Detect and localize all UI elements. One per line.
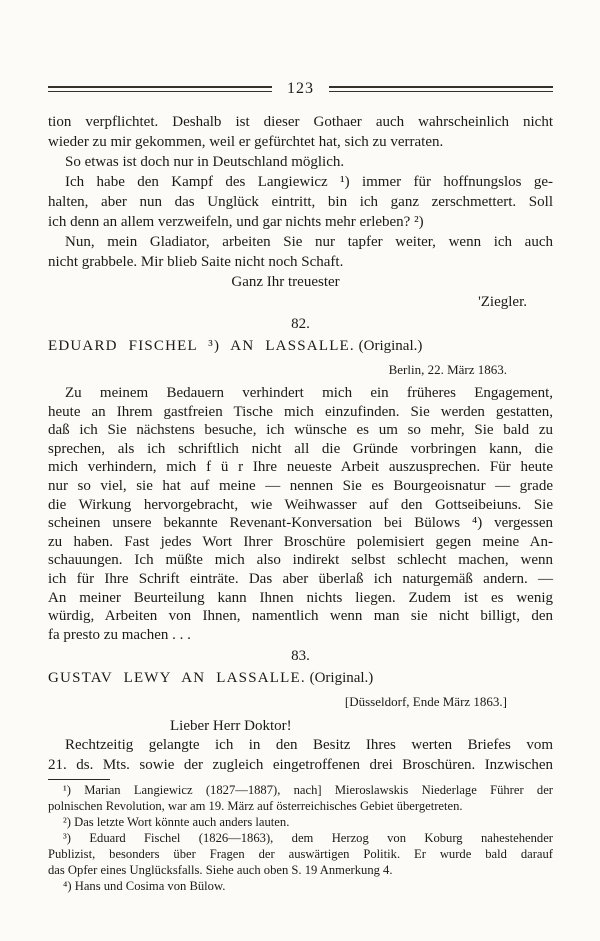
heading-suffix: (Original.)	[355, 338, 422, 354]
page-header: 123	[48, 80, 553, 98]
text-line: So etwas ist doch nur in Deutschland mög…	[48, 152, 553, 172]
text-line: ⁴) Hans und Cosima von Bülow.	[48, 878, 553, 894]
text-line: ich denn an allem verzweifeln, und gar n…	[48, 212, 553, 232]
paragraph: Ich habe den Kampf des Langiewicz ¹) imm…	[48, 172, 553, 232]
letter-closing: Ganz Ihr treuester	[48, 272, 523, 292]
letter-body-82: Zu meinem Bedauern verhindert mich ein f…	[48, 384, 553, 644]
dateline-82: Berlin, 22. März 1863.	[48, 362, 553, 378]
footnote-1: ¹) Marian Langiewicz (1827—1887), nach] …	[48, 782, 553, 814]
book-page: 123 tion verpflichtet. Deshalb ist diese…	[0, 0, 600, 941]
text-line: scheinen unsere bekannte Revenant-Konver…	[48, 514, 553, 533]
text-line: 21. ds. Mts. sowie der zugleich eingetro…	[48, 756, 553, 776]
text-line: Rechtzeitig gelangte ich in den Besitz I…	[48, 736, 553, 756]
text-line: Zu meinem Bedauern verhindert mich ein f…	[48, 384, 553, 403]
paragraph-continuation: tion verpflichtet. Deshalb ist dieser Go…	[48, 112, 553, 152]
header-rule-left	[48, 86, 272, 92]
text-line: ³) Eduard Fischel (1826—1863), dem Herzo…	[48, 830, 553, 846]
text-line: ich für Ihre Schrift einträte. Das aber …	[48, 570, 553, 589]
footnote-4: ⁴) Hans und Cosima von Bülow.	[48, 878, 553, 894]
footnote-separator	[48, 779, 110, 780]
heading-caps: GUSTAV LEWY AN LASSALLE.	[48, 670, 306, 686]
text-line: heute an Ihrem gastfreien Tische mich ei…	[48, 403, 553, 422]
text-line: zu haben. Fast jedes Wort Ihrer Broschür…	[48, 533, 553, 552]
text-line: Ich habe den Kampf des Langiewicz ¹) imm…	[48, 172, 553, 192]
heading-suffix: (Original.)	[306, 670, 373, 686]
letter-heading-82: EDUARD FISCHEL ³) AN LASSALLE. (Original…	[48, 336, 553, 356]
footnote-2: ²) Das letzte Wort könnte auch anders la…	[48, 814, 553, 830]
text-line: ¹) Marian Langiewicz (1827—1887), nach] …	[48, 782, 553, 798]
paragraph: Nun, mein Gladiator, arbeiten Sie nur ta…	[48, 232, 553, 272]
text-line: die Wirkung hervorgebracht, wie Weihwass…	[48, 496, 553, 515]
text-line: Publizist, besonders über Fragen der aus…	[48, 846, 553, 862]
paragraph: So etwas ist doch nur in Deutschland mög…	[48, 152, 553, 172]
text-line: Nun, mein Gladiator, arbeiten Sie nur ta…	[48, 232, 553, 252]
text-line: ²) Das letzte Wort könnte auch anders la…	[48, 814, 553, 830]
text-line: würdig, Arbeiten von Ihnen, namentlich w…	[48, 607, 553, 626]
letter-salutation: Lieber Herr Doktor!	[48, 716, 553, 736]
letter-signature: 'Ziegler.	[48, 292, 553, 312]
text-line: polnischen Revolution, war am 19. März a…	[48, 798, 553, 814]
text-line: tion verpflichtet. Deshalb ist dieser Go…	[48, 112, 553, 132]
text-line: mich verhindern, mich f ü r Ihre neueste…	[48, 458, 553, 477]
text-line: wieder zu mir gekommen, weil er gefürcht…	[48, 132, 553, 152]
text-line: schauungen. Ich müßte mich also indirekt…	[48, 551, 553, 570]
text-line: fa presto zu machen . . .	[48, 626, 553, 645]
footnote-3: ³) Eduard Fischel (1826—1863), dem Herzo…	[48, 830, 553, 878]
letter-number-82: 82.	[48, 314, 553, 334]
text-line: das Opfer eines Unglücksfalls. Siehe auc…	[48, 862, 553, 878]
header-rule-right	[329, 86, 553, 92]
text-line: nur so viel, sie hat auf meine — nennen …	[48, 477, 553, 496]
page-number: 123	[272, 80, 329, 98]
text-line: halten, aber nun das Unglück eintritt, b…	[48, 192, 553, 212]
dateline-83: [Düsseldorf, Ende März 1863.]	[48, 694, 553, 710]
text-line: sprechen, als ich schriftlich nicht all …	[48, 440, 553, 459]
text-line: An meiner Beurteilung kann Ihnen nichts …	[48, 589, 553, 608]
heading-caps: EDUARD FISCHEL ³) AN LASSALLE.	[48, 338, 355, 354]
text-line: nicht grabbele. Mir blieb Saite nicht no…	[48, 252, 553, 272]
letter-number-83: 83.	[48, 646, 553, 666]
text-line: daß ich Sie nächstens besuche, ich wünsc…	[48, 421, 553, 440]
letter-heading-83: GUSTAV LEWY AN LASSALLE. (Original.)	[48, 668, 553, 688]
letter-body-83: Rechtzeitig gelangte ich in den Besitz I…	[48, 736, 553, 775]
text-block: tion verpflichtet. Deshalb ist dieser Go…	[0, 112, 600, 894]
